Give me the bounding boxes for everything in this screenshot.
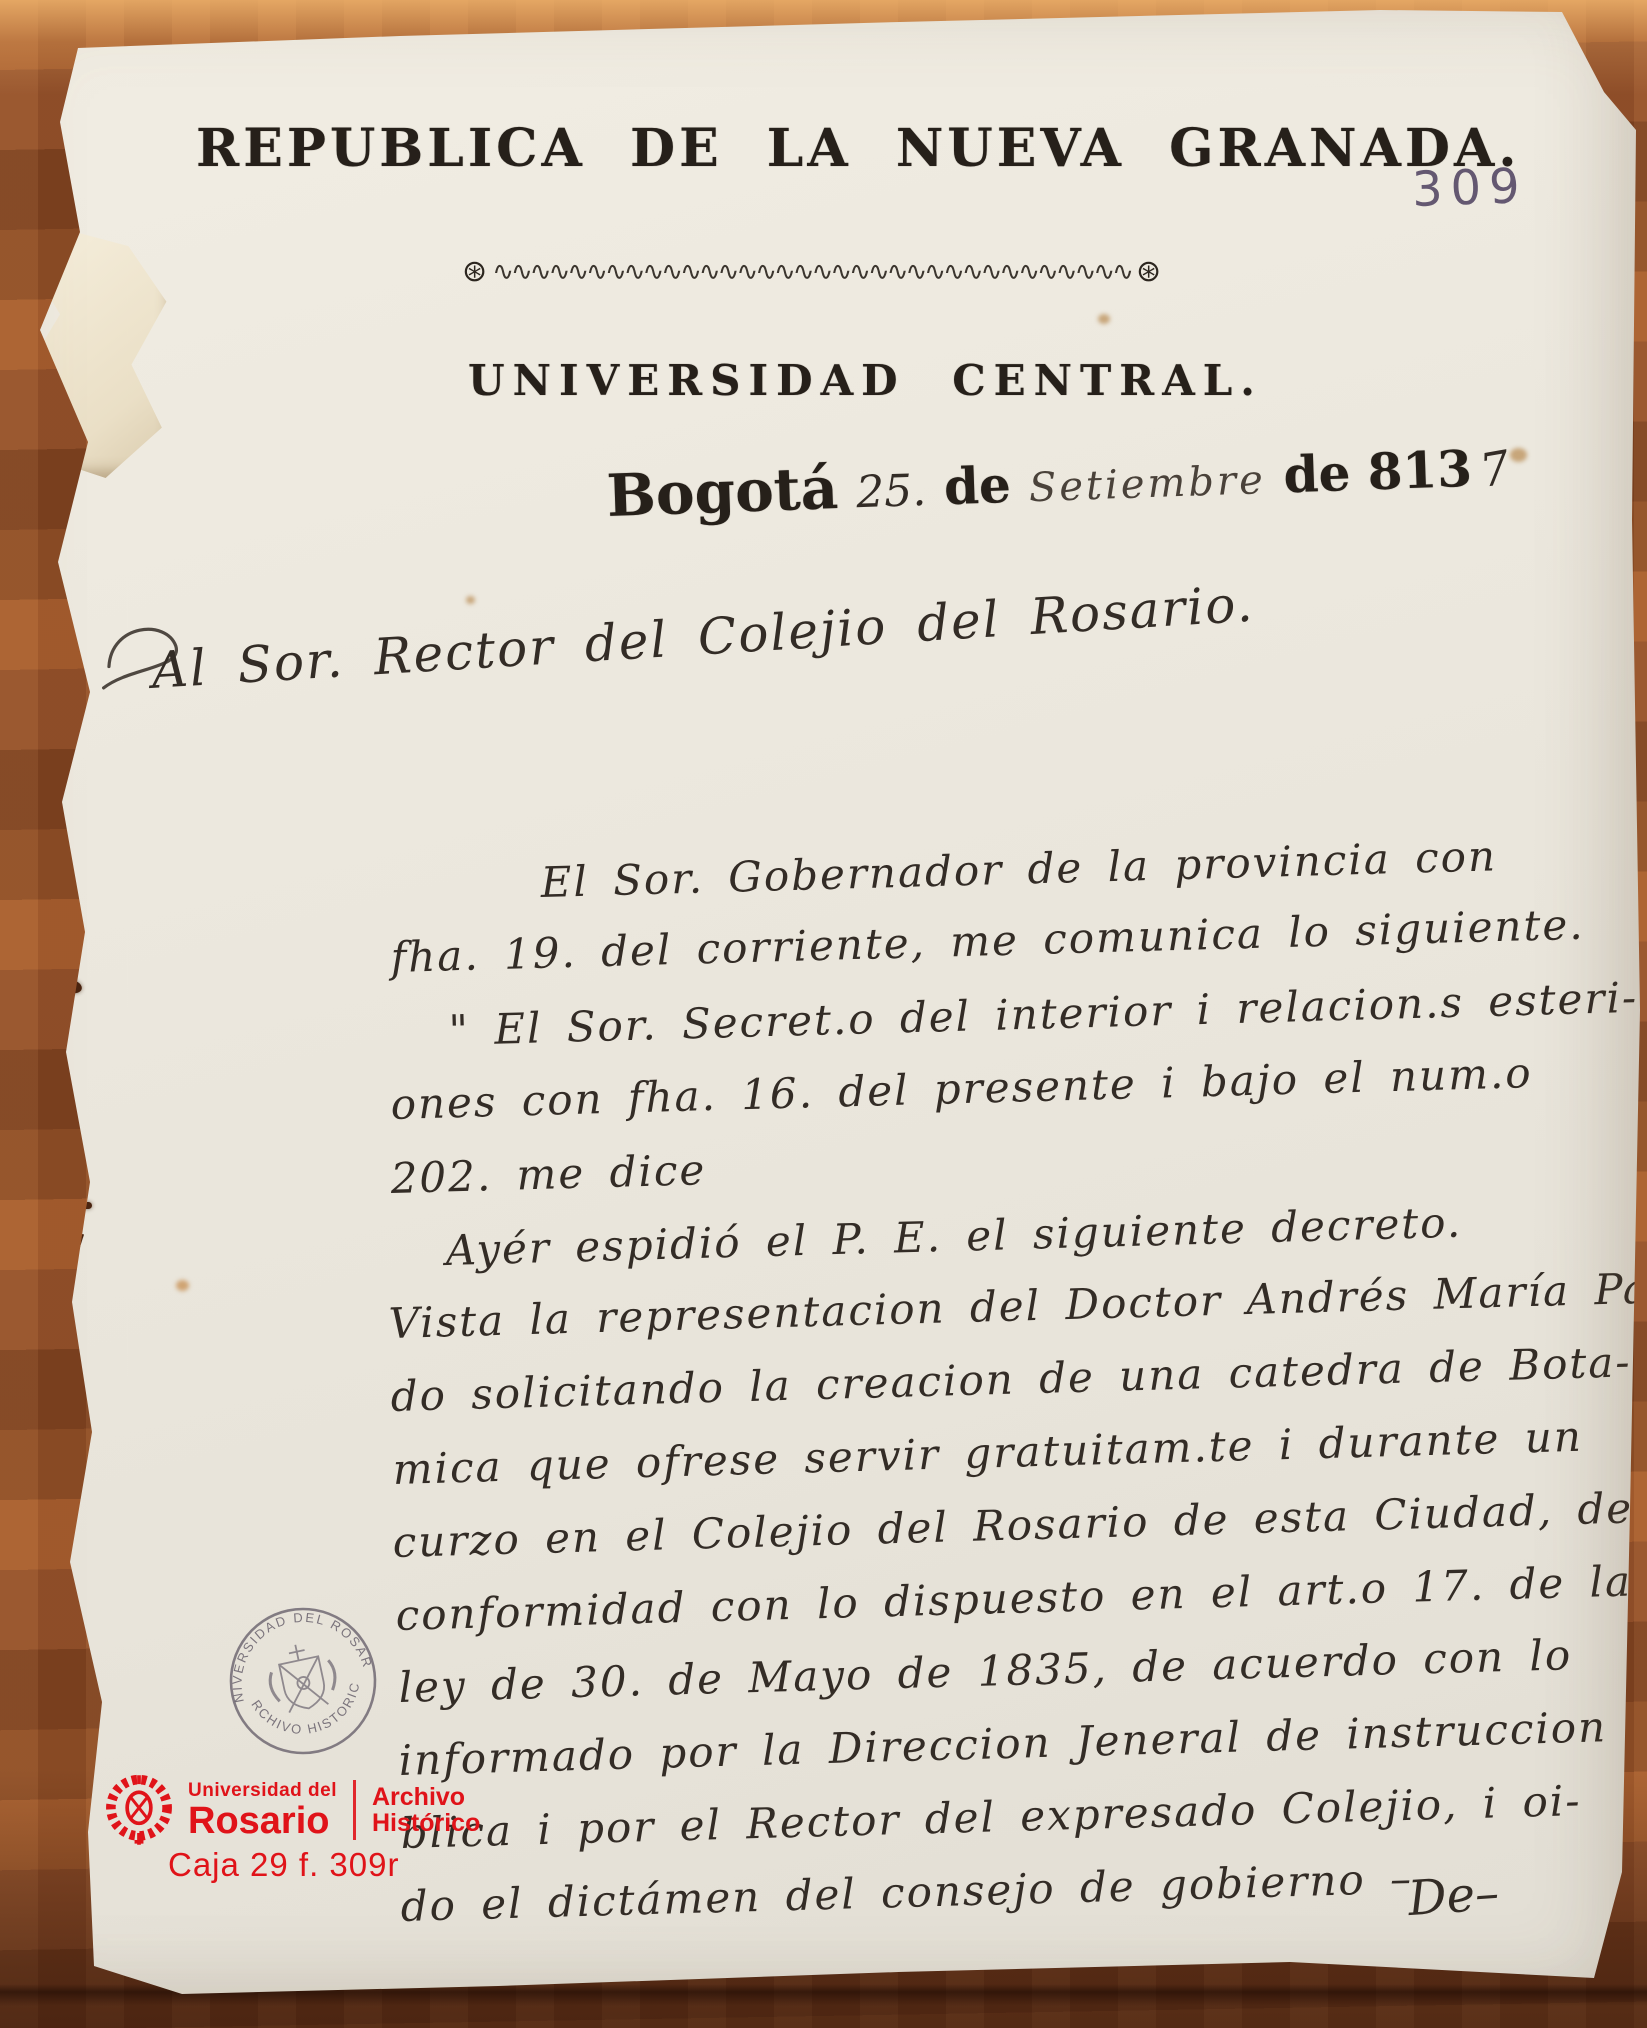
manuscript-line: fha. 19. del corriente, me comunica lo s… <box>390 900 1585 982</box>
watermark-separator <box>353 1780 356 1840</box>
watermark-brand-bottom: Rosario <box>188 1802 337 1840</box>
archive-seal-stamp: UNIVERSIDAD DEL ROSARIO ARCHIVO HISTORIC… <box>212 1590 395 1773</box>
manuscript-line: 202. me dice <box>390 1145 707 1203</box>
manuscript-line: mica que ofrese servir gratuitam.te i du… <box>392 1412 1583 1494</box>
watermark-dept: Archivo Histórico <box>372 1784 480 1837</box>
document-photo: REPUBLICA DE LA NUEVA GRANADA. ⊛ ∿∿∿∿∿∿∿… <box>0 0 1647 2028</box>
manuscript-line: ones con fha. 16. del presente i bajo el… <box>390 1048 1533 1129</box>
seal-coat-of-arms <box>263 1638 340 1715</box>
manuscript-line: Ayér espidió el P. E. el siguiente decre… <box>445 1198 1463 1275</box>
manuscript-line: blica i por el Rector del expresado Cole… <box>400 1776 1582 1858</box>
manuscript-line: curzo en el Colejio del Rosario de esta … <box>392 1483 1634 1567</box>
rosario-rosette-icon <box>102 1768 176 1852</box>
manuscript-line: Vista la representacion del Doctor André… <box>388 1263 1647 1348</box>
manuscript-line: conformidad con lo dispuesto en el art.o… <box>395 1556 1633 1640</box>
manuscript-line: El Sor. Gobernador de la provincia con <box>540 831 1498 907</box>
watermark-brand-top: Universidad del <box>188 1781 337 1800</box>
manuscript-line: ley de 30. de Mayo de 1835, de acuerdo c… <box>398 1630 1573 1712</box>
watermark-dept-bottom: Histórico <box>372 1810 480 1836</box>
manuscript-line: do solicitando la creacion de una catedr… <box>390 1337 1632 1421</box>
manuscript-line: " El Sor. Secret.o del interior i relaci… <box>448 973 1639 1055</box>
manuscript-line: informado por la Direccion Jeneral de in… <box>398 1699 1647 1784</box>
manuscript-page: REPUBLICA DE LA NUEVA GRANADA. ⊛ ∿∿∿∿∿∿∿… <box>0 0 1647 2028</box>
archive-watermark: Universidad del Rosario Archivo Históric… <box>102 1768 480 1852</box>
watermark-brand: Universidad del Rosario <box>188 1781 337 1840</box>
archive-reference-caption: Caja 29 f. 309r <box>168 1846 399 1884</box>
manuscript-line: do el dictámen del consejo de gobierno – <box>400 1854 1414 1931</box>
catchword: De– <box>1406 1865 1501 1927</box>
watermark-dept-top: Archivo <box>372 1784 480 1810</box>
